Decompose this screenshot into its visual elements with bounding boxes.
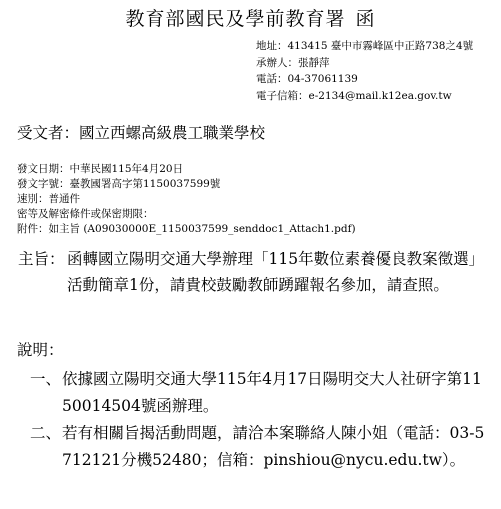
agency-name: 教育部國民及學前教育署 bbox=[125, 8, 345, 30]
recipient-name: 國立西螺高級農工職業學校 bbox=[79, 124, 265, 142]
issue-date: 發文日期：中華民國115年4月20日 bbox=[17, 162, 356, 177]
official-letter-page: 教育部國民及學前教育署函 地址：413415 臺中市霧峰區中正路738之4號 承… bbox=[0, 0, 501, 509]
description-label: 說明： bbox=[17, 339, 64, 361]
recipient-label: 受文者： bbox=[17, 124, 79, 142]
document-number: 發文字號：臺教國署高字第1150037599號 bbox=[17, 177, 356, 192]
description-item-text: 依據國立陽明交通大學115年4月17日陽明交大人社研字第1150014504號函… bbox=[62, 366, 490, 420]
description-item-number: 二、 bbox=[30, 420, 62, 474]
document-meta-block: 發文日期：中華民國115年4月20日 發文字號：臺教國署高字第115003759… bbox=[17, 162, 356, 237]
recipient-line: 受文者：國立西螺高級農工職業學校 bbox=[17, 122, 265, 144]
classification: 密等及解密條件或保密期限： bbox=[17, 207, 356, 222]
description-item: 二、 若有相關旨揭活動問題，請洽本案聯絡人陳小姐（電話：03-5712121分機… bbox=[30, 420, 490, 474]
sender-info-block: 地址：413415 臺中市霧峰區中正路738之4號 承辦人：張靜萍 電話：04-… bbox=[256, 38, 496, 104]
description-list: 一、 依據國立陽明交通大學115年4月17日陽明交大人社研字第115001450… bbox=[30, 366, 490, 474]
document-type: 函 bbox=[356, 8, 376, 30]
sender-phone: 電話：04-37061139 bbox=[256, 71, 496, 88]
subject-text: 函轉國立陽明交通大學辦理「115年數位素養優良教案徵選」活動簡章1份，請貴校鼓勵… bbox=[67, 246, 488, 298]
delivery-speed: 速別：普通件 bbox=[17, 192, 356, 207]
document-title: 教育部國民及學前教育署函 bbox=[0, 6, 501, 32]
description-item-number: 一、 bbox=[30, 366, 62, 420]
sender-handler: 承辦人：張靜萍 bbox=[256, 55, 496, 72]
sender-address: 地址：413415 臺中市霧峰區中正路738之4號 bbox=[256, 38, 496, 55]
attachment-line: 附件：如主旨 (A09030000E_1150037599_senddoc1_A… bbox=[17, 222, 356, 237]
description-item-text: 若有相關旨揭活動問題，請洽本案聯絡人陳小姐（電話：03-5712121分機524… bbox=[62, 420, 490, 474]
subject-section: 主旨： 函轉國立陽明交通大學辦理「115年數位素養優良教案徵選」活動簡章1份，請… bbox=[18, 246, 488, 298]
subject-label: 主旨： bbox=[18, 246, 67, 298]
description-item: 一、 依據國立陽明交通大學115年4月17日陽明交大人社研字第115001450… bbox=[30, 366, 490, 420]
sender-email: 電子信箱：e-2134@mail.k12ea.gov.tw bbox=[256, 88, 496, 105]
